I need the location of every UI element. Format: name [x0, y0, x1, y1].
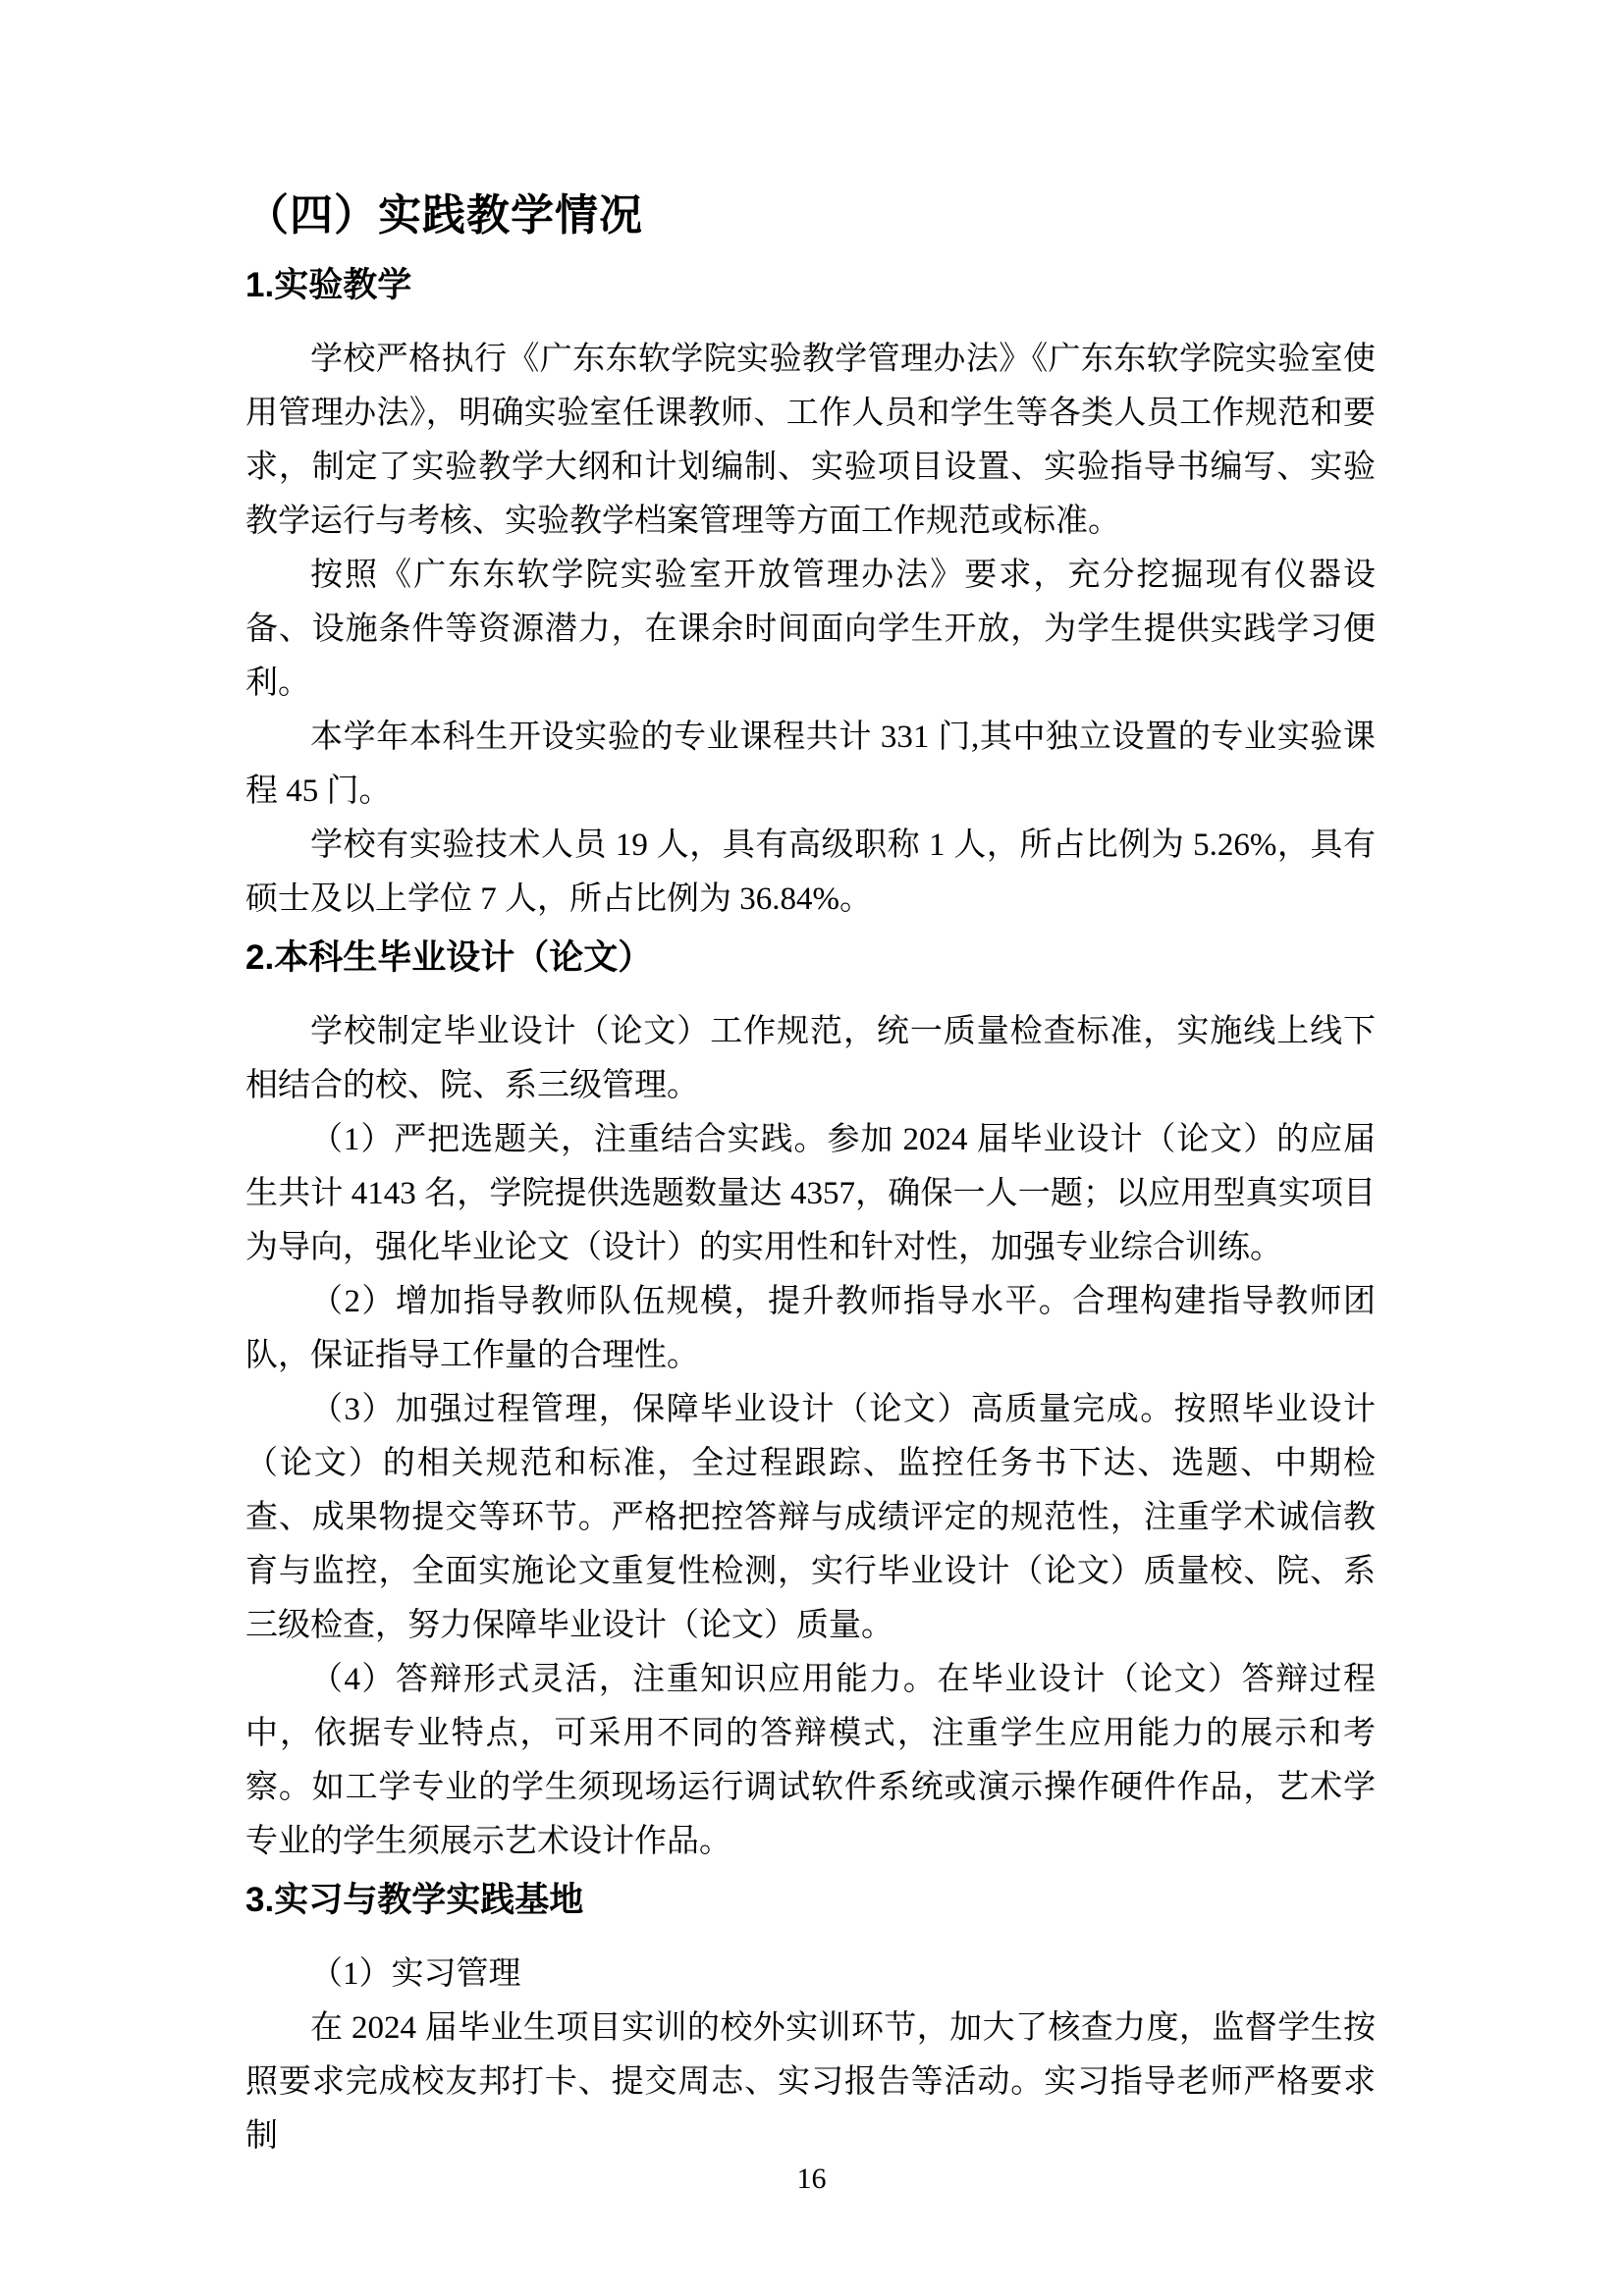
page-footer: 16 — [0, 2160, 1623, 2199]
subsection-internship-bases: 3.实习与教学实践基地 （1）实习管理 在 2024 届毕业生项目实训的校外实训… — [245, 1877, 1376, 2163]
subsection-heading-graduation-design: 2.本科生毕业设计（论文） — [245, 934, 1376, 982]
subsection-graduation-design: 2.本科生毕业设计（论文） 学校制定毕业设计（论文）工作规范，统一质量检查标准，… — [245, 934, 1376, 1869]
subsection-heading-internship-bases: 3.实习与教学实践基地 — [245, 1877, 1376, 1924]
paragraph-topic-selection: （1）严把选题关，注重结合实践。参加 2024 届毕业设计（论文）的应届生共计 … — [245, 1113, 1376, 1275]
paragraph-design-management: 学校制定毕业设计（论文）工作规范，统一质量检查标准，实施线上线下相结合的校、院、… — [245, 1005, 1376, 1113]
paragraph-lab-staff-stats: 学校有实验技术人员 19 人，具有高级职称 1 人，所占比例为 5.26%，具有… — [245, 819, 1376, 927]
subsection-heading-experiment-teaching: 1.实验教学 — [245, 262, 1376, 309]
paragraph-internship-supervision: 在 2024 届毕业生项目实训的校外实训环节，加大了核查力度，监督学生按照要求完… — [245, 2002, 1376, 2163]
page-number: 16 — [797, 2163, 827, 2195]
section-title: （四）实践教学情况 — [245, 189, 1376, 242]
paragraph-experiment-rules: 学校严格执行《广东东软学院实验教学管理办法》《广东东软学院实验室使用管理办法》，… — [245, 333, 1376, 549]
paragraph-internship-management-subtitle: （1）实习管理 — [245, 1948, 1376, 2002]
paragraph-advisor-team: （2）增加指导教师队伍规模，提升教师指导水平。合理构建指导教师团队，保证指导工作… — [245, 1275, 1376, 1383]
document-page: （四）实践教学情况 1.实验教学 学校严格执行《广东东软学院实验教学管理办法》《… — [0, 0, 1623, 2296]
paragraph-experiment-course-counts: 本学年本科生开设实验的专业课程共计 331 门,其中独立设置的专业实验课程 45… — [245, 711, 1376, 819]
paragraph-defense-format: （4）答辩形式灵活，注重知识应用能力。在毕业设计（论文）答辩过程中，依据专业特点… — [245, 1653, 1376, 1869]
paragraph-process-management: （3）加强过程管理，保障毕业设计（论文）高质量完成。按照毕业设计（论文）的相关规… — [245, 1383, 1376, 1653]
subsection-experiment-teaching: 1.实验教学 学校严格执行《广东东软学院实验教学管理办法》《广东东软学院实验室使… — [245, 262, 1376, 927]
paragraph-lab-open-policy: 按照《广东东软学院实验室开放管理办法》要求，充分挖掘现有仪器设备、设施条件等资源… — [245, 549, 1376, 711]
